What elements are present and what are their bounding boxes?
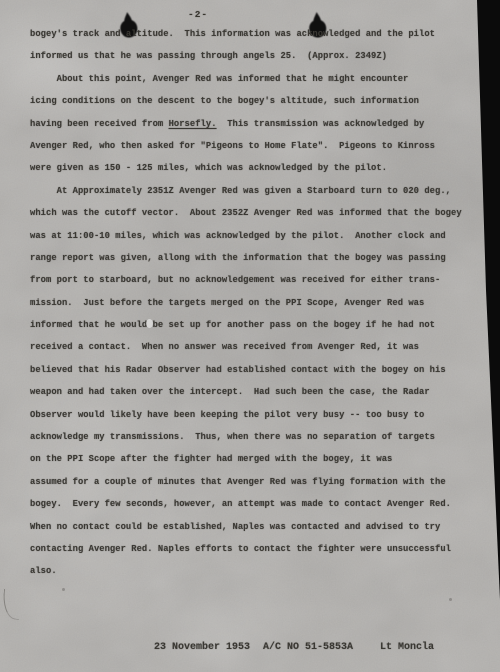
- doc-line: from port to starboard, but no acknowled…: [30, 269, 480, 291]
- doc-line-segment: having been received from: [30, 119, 169, 129]
- doc-line: believed that his Radar Observer had est…: [30, 359, 480, 381]
- doc-line: assumed for a couple of minutes that Ave…: [30, 471, 480, 493]
- doc-line: which was the cutoff vector. About 2352Z…: [30, 202, 480, 224]
- scan-speck: [487, 93, 492, 97]
- footer-date: 23 November 1953: [154, 642, 250, 653]
- document-body: bogey's track and altitude. This informa…: [30, 23, 480, 583]
- doc-line: informed us that he was passing through …: [30, 45, 480, 67]
- footer-annotation: 23 November 1953 A/C NO 51-5853A Lt Monc…: [154, 642, 434, 653]
- doc-line: contacting Avenger Red. Naples efforts t…: [30, 538, 480, 560]
- page-number: -2-: [188, 9, 208, 20]
- doc-line: icing conditions on the descent to the b…: [30, 90, 480, 112]
- doc-line: About this point, Avenger Red was inform…: [30, 68, 480, 90]
- doc-line: were given as 150 - 125 miles, which was…: [30, 157, 480, 179]
- doc-line: having been received from Horsefly. This…: [30, 113, 480, 135]
- doc-line: was at 11:00-10 miles, which was acknowl…: [30, 225, 480, 247]
- doc-line: When no contact could be established, Na…: [30, 516, 480, 538]
- scan-speck: [62, 588, 65, 591]
- doc-line: range report was given, allong with the …: [30, 247, 480, 269]
- doc-line: received a contact. When no answer was r…: [30, 336, 480, 358]
- doc-line: mission. Just before the targets merged …: [30, 292, 480, 314]
- scanned-document-page: -2- bogey's track and altitude. This inf…: [0, 0, 500, 672]
- pencil-mark: [0, 589, 23, 620]
- footer-officer-name: Lt Moncla: [380, 642, 434, 653]
- doc-line: Observer would likely have been keeping …: [30, 404, 480, 426]
- doc-line: informed that he would be set up for ano…: [30, 314, 480, 336]
- footer-aircraft-number: A/C NO 51-5853A: [263, 642, 353, 653]
- doc-line: bogey's track and altitude. This informa…: [30, 23, 480, 45]
- doc-line: weapon and had taken over the intercept.…: [30, 381, 480, 403]
- underlined-callsign: Horsefly.: [169, 119, 217, 129]
- doc-line: bogey. Every few seconds, however, an at…: [30, 493, 480, 515]
- doc-line: on the PPI Scope after the fighter had m…: [30, 448, 480, 470]
- doc-line: At Approximately 2351Z Avenger Red was g…: [30, 180, 480, 202]
- doc-line-segment: This transmission was acknowledged by: [217, 119, 425, 129]
- scan-speck: [146, 319, 153, 328]
- scan-speck: [449, 598, 452, 601]
- doc-line: Avenger Red, who then asked for "Pigeons…: [30, 135, 480, 157]
- doc-line: acknowledge my transmissions. Thus, when…: [30, 426, 480, 448]
- doc-line: also.: [30, 560, 480, 582]
